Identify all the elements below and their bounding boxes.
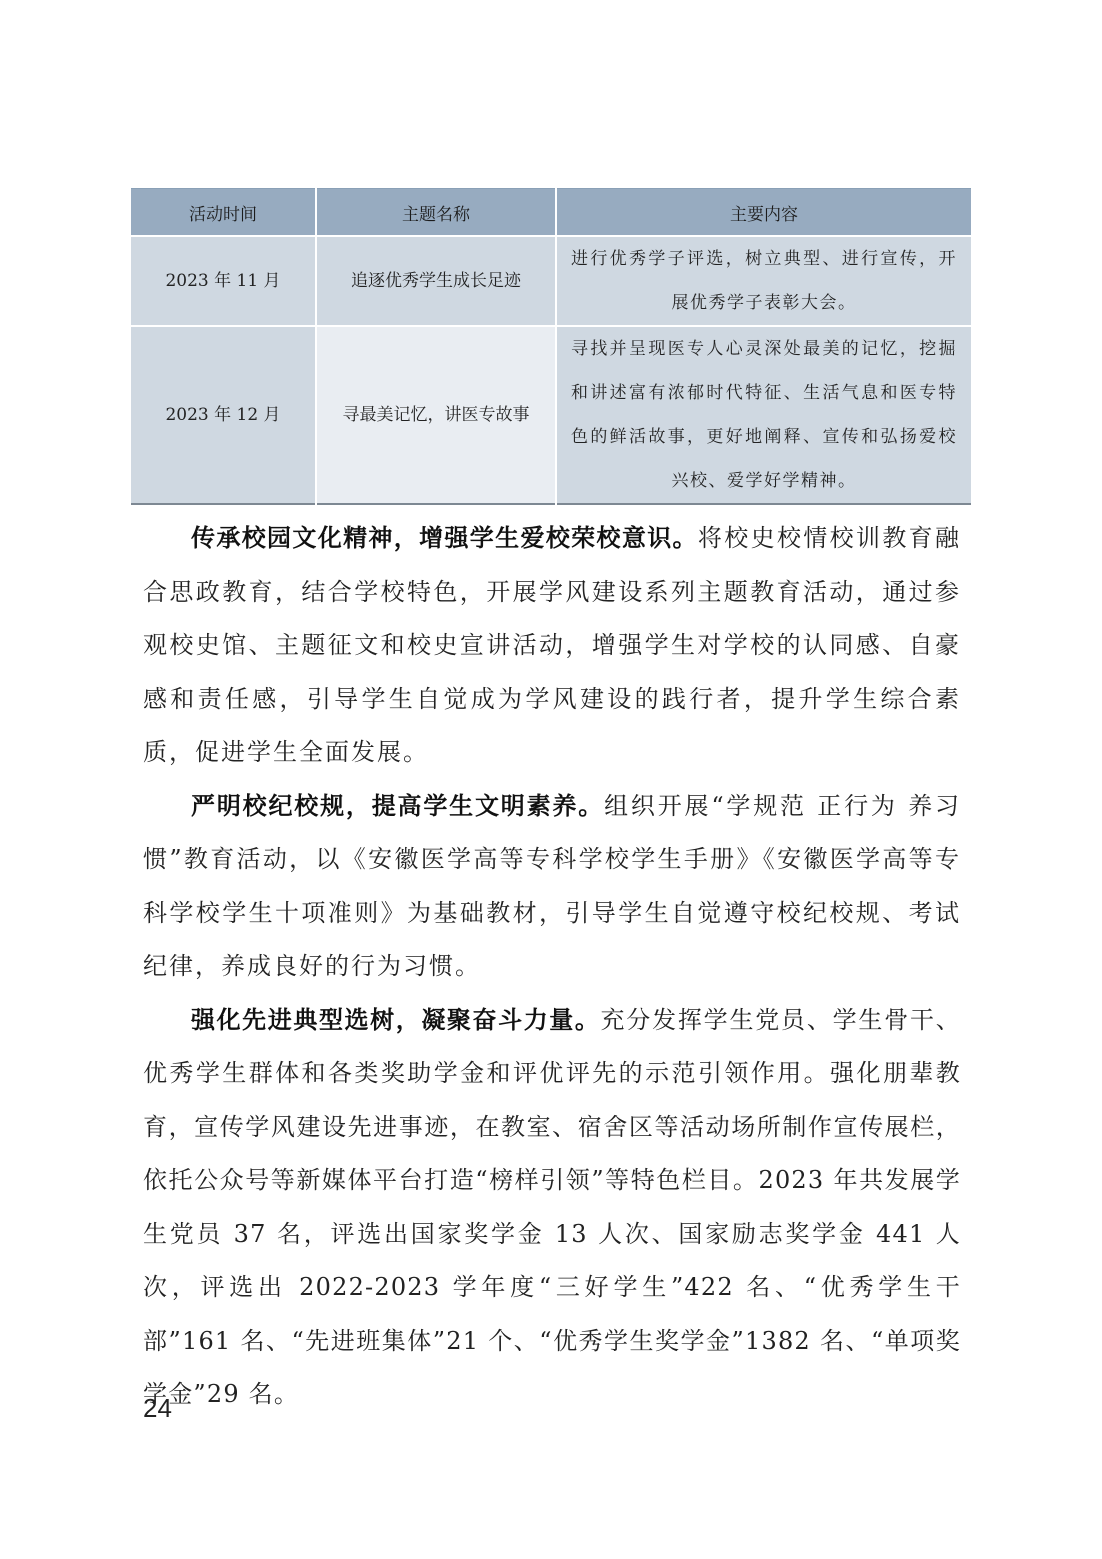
- cell-theme-name: 追逐优秀学生成长足迹: [316, 236, 556, 326]
- page-number: 24: [143, 1393, 172, 1424]
- document-page: 活动时间 主题名称 主要内容 2023 年 11 月 追逐优秀学生成长足迹 进行…: [0, 0, 1102, 1559]
- table-row: 2023 年 12 月 寻最美记忆，讲医专故事 寻找并呈现医专人心灵深处最美的记…: [131, 326, 971, 504]
- paragraph-lead: 传承校园文化精神，增强学生爱校荣校意识。: [191, 524, 698, 552]
- paragraph-discipline: 严明校纪校规，提高学生文明素养。组织开展“学规范 正行为 养习惯”教育活动，以《…: [143, 780, 961, 994]
- activity-schedule-table: 活动时间 主题名称 主要内容 2023 年 11 月 追逐优秀学生成长足迹 进行…: [131, 188, 971, 505]
- paragraph-lead: 严明校纪校规，提高学生文明素养。: [191, 792, 604, 820]
- cell-activity-time: 2023 年 11 月: [131, 236, 316, 326]
- cell-theme-name: 寻最美记忆，讲医专故事: [316, 326, 556, 504]
- paragraph-campus-culture: 传承校园文化精神，增强学生爱校荣校意识。将校史校情校训教育融合思政教育，结合学校…: [143, 512, 961, 780]
- paragraph-body: 充分发挥学生党员、学生骨干、优秀学生群体和各类奖助学金和评优评先的示范引领作用。…: [143, 1006, 961, 1409]
- header-main-content: 主要内容: [556, 189, 971, 237]
- body-text: 传承校园文化精神，增强学生爱校荣校意识。将校史校情校训教育融合思政教育，结合学校…: [143, 512, 961, 1422]
- cell-main-content: 进行优秀学子评选，树立典型、进行宣传，开展优秀学子表彰大会。: [556, 236, 971, 326]
- paragraph-body: 将校史校情校训教育融合思政教育，结合学校特色，开展学风建设系列主题教育活动，通过…: [143, 524, 961, 766]
- table-row: 2023 年 11 月 追逐优秀学生成长足迹 进行优秀学子评选，树立典型、进行宣…: [131, 236, 971, 326]
- paragraph-lead: 强化先进典型选树，凝聚奋斗力量。: [191, 1006, 600, 1034]
- paragraph-role-models: 强化先进典型选树，凝聚奋斗力量。充分发挥学生党员、学生骨干、优秀学生群体和各类奖…: [143, 994, 961, 1422]
- cell-main-content: 寻找并呈现医专人心灵深处最美的记忆，挖掘和讲述富有浓郁时代特征、生活气息和医专特…: [556, 326, 971, 504]
- table-header-row: 活动时间 主题名称 主要内容: [131, 189, 971, 237]
- header-activity-time: 活动时间: [131, 189, 316, 237]
- cell-activity-time: 2023 年 12 月: [131, 326, 316, 504]
- header-theme-name: 主题名称: [316, 189, 556, 237]
